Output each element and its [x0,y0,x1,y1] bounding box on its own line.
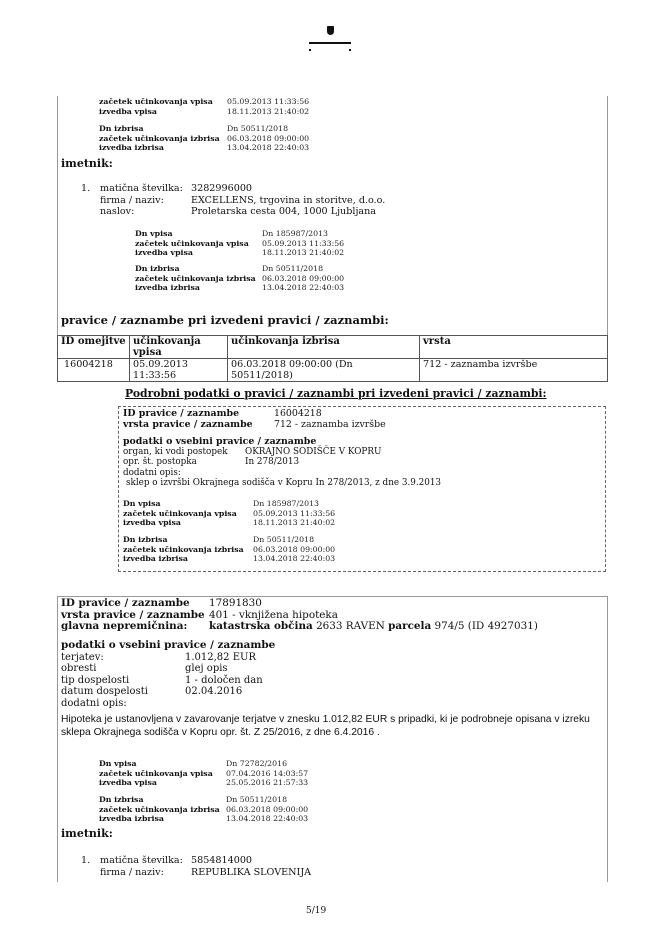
details-vpis: Dn vpisaDn 185987/2013 začetek učinkovan… [123,499,335,528]
right-vpis: Dn vpisaDn 72782/2016 začetek učinkovanj… [99,759,308,788]
owner-1-izbris: Dn izbrisaDn 50511/2018 začetek učinkova… [135,264,344,293]
izbris-carryover: Dn izbrisaDn 50511/2018 začetek učinkova… [99,124,309,153]
right-izbris: Dn izbrisaDn 50511/2018 začetek učinkova… [99,795,308,824]
owner-2: 1.matična številka:5854814000 firma / na… [81,855,311,878]
details-content: podatki o vsebini pravice / zaznambe org… [123,437,441,488]
table-header-row: ID omejitve učinkovanja vpisa učinkovanj… [58,336,608,359]
related-rights-title: pravice / zaznambe pri izvedeni pravici … [61,313,389,327]
right-content: podatki o vsebini pravice / zaznambe ter… [61,640,275,709]
vpis-carryover: začetek učinkovanja vpisa05.09.2013 11:3… [99,97,309,116]
owner-1: 1.matična številka:3282996000 firma / na… [81,183,385,218]
owner-heading-2: imetnik: [61,827,113,840]
owner-1-vpis: Dn vpisaDn 185987/2013 začetek učinkovan… [135,229,344,258]
related-rights-table: ID omejitve učinkovanja vpisa učinkovanj… [57,335,608,382]
right-header: ID pravice / zaznambe17891830 vrsta prav… [61,598,538,633]
right-extra-description: Hipoteka je ustanovljena v zavarovanje t… [61,714,601,739]
owner-heading: imetnik: [61,157,113,170]
details-id: ID pravice / zaznambe16004218 vrsta prav… [123,409,386,430]
details-title: Podrobni podatki o pravici / zaznambi pr… [125,387,547,400]
page-number: 5/19 [306,906,326,916]
coat-of-arms-logo-icon [303,26,357,50]
details-izbris: Dn izbrisaDn 50511/2018 začetek učinkova… [123,535,335,564]
table-row: 16004218 05.09.2013 11:33:56 06.03.2018 … [58,359,608,382]
